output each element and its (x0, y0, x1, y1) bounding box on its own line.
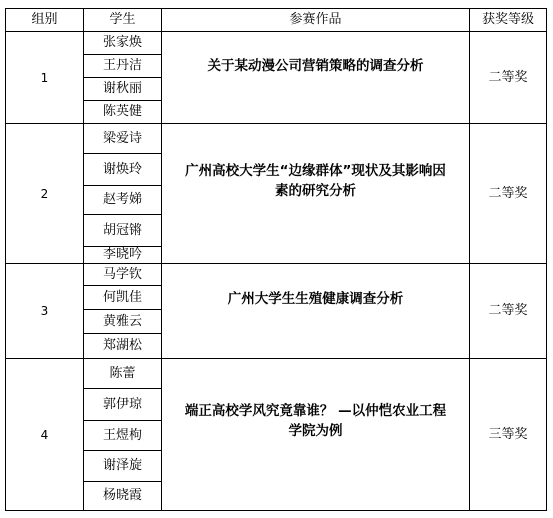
student-name: 王丹洁 (83, 54, 162, 78)
student-name: 陈英健 (83, 100, 162, 124)
student-name: 郑湖松 (83, 333, 162, 359)
work-title: 广州大学生生殖健康调查分析 (161, 263, 470, 359)
award-level: 二等奖 (469, 263, 547, 359)
header-students: 学生 (83, 8, 162, 32)
group-number: 2 (5, 123, 84, 264)
award-level: 二等奖 (469, 31, 547, 124)
award-level: 二等奖 (469, 123, 547, 264)
student-name: 王煜枸 (83, 420, 162, 451)
student-name: 郭伊琼 (83, 388, 162, 421)
work-title: 端正高校学风究竟靠谁？ —以仲恺农业工程学院为例 (161, 358, 470, 511)
header-work: 参赛作品 (161, 8, 470, 32)
group-number: 4 (5, 358, 84, 511)
student-name: 谢秋丽 (83, 77, 162, 101)
student-name: 黄雅云 (83, 309, 162, 334)
award-level: 三等奖 (469, 358, 547, 511)
work-title: 关于某动漫公司营销策略的调查分析 (161, 31, 470, 124)
student-name: 陈蕾 (83, 358, 162, 389)
student-name: 胡冠锵 (83, 214, 162, 247)
student-name: 梁爱诗 (83, 123, 162, 154)
student-name: 杨晓霞 (83, 481, 162, 511)
student-name: 马学钦 (83, 263, 162, 286)
student-name: 李晓吟 (83, 246, 162, 264)
group-number: 1 (5, 31, 84, 124)
student-name: 谢泽旋 (83, 450, 162, 482)
student-name: 赵考娣 (83, 185, 162, 215)
student-name: 张家焕 (83, 31, 162, 55)
header-group: 组别 (5, 8, 84, 32)
group-number: 3 (5, 263, 84, 359)
student-name: 何凯佳 (83, 285, 162, 310)
student-name: 谢焕玲 (83, 153, 162, 186)
awards-table: 组别 学生 参赛作品 获奖等级 1 张家焕 王丹洁 谢秋丽 陈英健 关于某动漫公… (5, 8, 547, 511)
header-award: 获奖等级 (469, 8, 547, 32)
work-title: 广州高校大学生“边缘群体”现状及其影响因素的研究分析 (161, 123, 470, 264)
